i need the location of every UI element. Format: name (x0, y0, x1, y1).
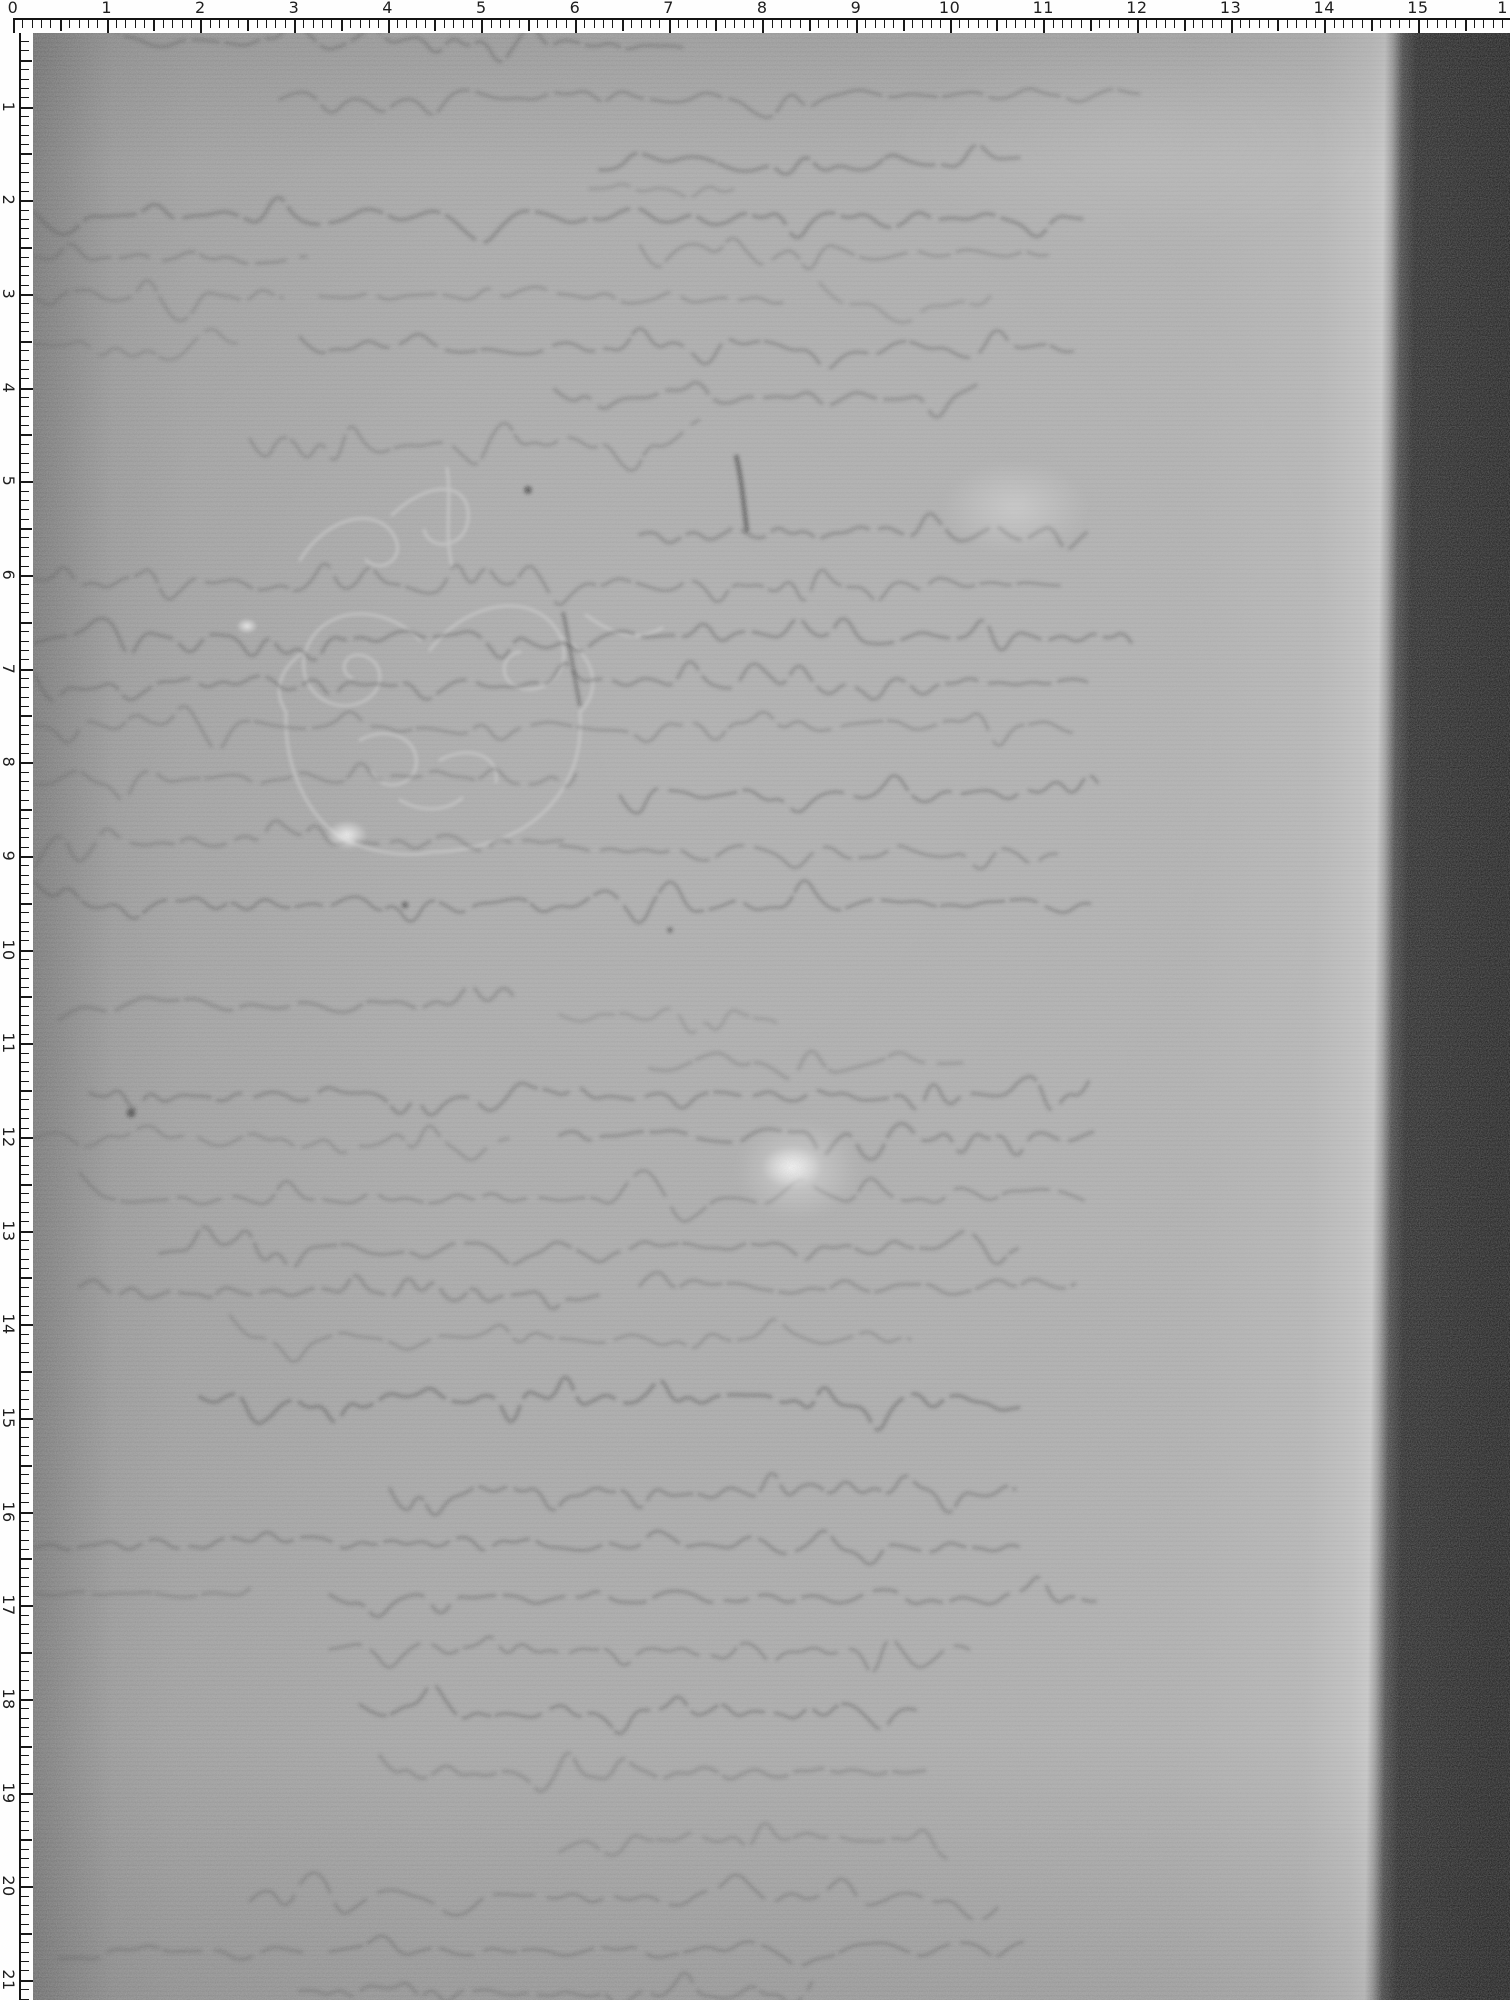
ruler-tick (1465, 20, 1467, 31)
ruler-tick (21, 987, 29, 988)
ruler-tick (21, 1952, 29, 1953)
ruler-label: 5 (0, 476, 16, 487)
ruler-tick (341, 20, 343, 31)
ruler-label: 18 (0, 1688, 16, 1709)
ruler-tick (21, 1315, 29, 1316)
ruler-tick (21, 1549, 29, 1550)
ruler-tick (566, 20, 567, 28)
ruler-tick (21, 715, 32, 717)
ruler-tick (21, 537, 29, 538)
ruler-tick (21, 1362, 29, 1363)
ruler-tick (21, 584, 29, 585)
ruler-tick (1118, 20, 1119, 28)
ruler-tick (21, 1324, 33, 1326)
ruler-tick (21, 1802, 29, 1803)
ruler-tick (21, 397, 29, 398)
ruler-label: 14 (0, 1314, 16, 1335)
ruler-tick (21, 1212, 29, 1213)
ruler-tick (21, 472, 29, 473)
ruler-tick (650, 20, 651, 28)
ruler-label: 12 (0, 1126, 16, 1147)
ruler-tick (1025, 20, 1026, 28)
ruler-tick (21, 369, 29, 370)
ruler-tick (21, 69, 29, 70)
ruler-tick (21, 1390, 29, 1391)
ruler-tick (669, 20, 671, 33)
ruler-tick (21, 453, 29, 454)
ruler-tick (21, 1643, 29, 1644)
ruler-label: 8 (0, 757, 16, 768)
scan-viewport: 123456789101112131415161718192021 012345… (0, 0, 1510, 2000)
ruler-tick (547, 20, 548, 28)
ruler-tick (21, 163, 29, 164)
ruler-tick (21, 60, 32, 62)
ruler-tick (21, 1774, 29, 1775)
ruler-tick (21, 434, 32, 436)
ruler-top-cm: 01234567891011121314151 (0, 0, 1510, 33)
ruler-tick (21, 247, 32, 249)
ruler-tick (950, 20, 952, 33)
ruler-tick (1268, 20, 1269, 28)
ruler-tick (21, 1512, 33, 1514)
ruler-tick (21, 1905, 29, 1906)
ruler-tick (537, 20, 538, 28)
ruler-tick (687, 20, 688, 28)
ruler-tick (21, 1718, 29, 1719)
ruler-tick (865, 20, 866, 28)
ruler-tick (847, 20, 848, 28)
ruler-label: 11 (1033, 0, 1054, 16)
ruler-tick (875, 20, 876, 28)
ruler-tick (1231, 20, 1233, 33)
ruler-tick (322, 20, 323, 28)
ruler-tick (21, 1296, 29, 1297)
ruler-tick (21, 1624, 29, 1625)
ruler-tick (21, 182, 29, 183)
ruler-tick (1249, 20, 1250, 28)
ruler-tick (21, 884, 29, 885)
ruler-tick (21, 125, 29, 126)
ruler-tick (1184, 20, 1186, 31)
ruler-tick (21, 1399, 29, 1400)
ruler-tick (1493, 20, 1494, 28)
ruler-tick (21, 875, 29, 876)
ruler-tick (406, 20, 407, 28)
ruler-tick (21, 1277, 32, 1279)
ruler-tick (21, 1671, 29, 1672)
ruler-tick (725, 20, 726, 28)
ruler-label: 16 (0, 1501, 16, 1522)
ruler-tick (21, 1690, 29, 1691)
ruler-tick (622, 20, 624, 31)
ruler-tick (21, 1493, 29, 1494)
ruler-tick (1221, 20, 1222, 28)
ruler-tick (1156, 20, 1157, 28)
ruler-tick (444, 20, 445, 28)
ruler-tick (1146, 20, 1147, 28)
ruler-tick (21, 41, 29, 42)
ruler-tick (1174, 20, 1175, 28)
ruler-tick (1202, 20, 1203, 28)
ruler-tick (21, 1446, 29, 1447)
ruler-tick (21, 1886, 33, 1888)
ruler-tick (21, 1877, 29, 1878)
ruler-tick (21, 425, 29, 426)
ruler-tick (21, 1418, 33, 1420)
ruler-tick (21, 1409, 29, 1410)
ruler-tick (21, 1380, 29, 1381)
ruler-tick (1474, 20, 1475, 28)
ruler-tick (21, 687, 29, 688)
manuscript-scan (33, 33, 1510, 2000)
ruler-tick (1165, 20, 1166, 28)
ruler-tick (21, 1483, 29, 1484)
ruler-tick (21, 1053, 29, 1054)
ruler-tick (21, 1558, 32, 1560)
ruler-tick (303, 20, 304, 28)
ruler-tick (509, 20, 510, 28)
ruler-tick (21, 219, 29, 220)
ruler-tick (21, 153, 32, 155)
ruler-tick (21, 257, 29, 258)
ruler-tick (21, 706, 29, 707)
ruler-tick (837, 20, 838, 28)
ruler-tick (69, 20, 70, 28)
ruler-tick (378, 20, 379, 28)
ruler-tick (21, 912, 29, 913)
ruler-tick (21, 1577, 29, 1578)
ruler-tick (21, 678, 29, 679)
ruler-tick (21, 781, 29, 782)
ruler-label: 17 (0, 1595, 16, 1616)
ruler-tick (21, 1174, 29, 1175)
ruler-tick (734, 20, 735, 28)
ruler-label: 12 (1126, 0, 1147, 16)
ruler-tick (800, 20, 801, 28)
ruler-tick (21, 847, 29, 848)
ruler-tick (144, 20, 145, 28)
ruler-tick (21, 1914, 29, 1915)
ruler-tick (21, 509, 29, 510)
ruler-tick (528, 20, 530, 31)
ruler-tick (21, 1137, 33, 1139)
ruler-tick (21, 79, 29, 80)
ruler-tick (1437, 20, 1438, 28)
ruler-tick (603, 20, 604, 28)
ruler-tick (21, 378, 29, 379)
ruler-tick (884, 20, 885, 28)
ruler-tick (21, 1202, 29, 1203)
ruler-tick (996, 20, 998, 31)
ruler-tick (21, 1849, 29, 1850)
ruler-tick (1371, 20, 1373, 31)
ruler-tick (21, 622, 32, 624)
ruler-tick (21, 1727, 29, 1728)
ruler-tick (21, 1015, 29, 1016)
ruler-tick (21, 1661, 29, 1662)
ruler-tick (809, 20, 811, 31)
ruler-tick (21, 1755, 29, 1756)
ruler-tick (491, 20, 492, 28)
ruler-label: 1 (101, 0, 112, 16)
ruler-tick (21, 1034, 29, 1035)
ruler-tick (21, 1334, 29, 1335)
ruler-tick (21, 228, 29, 229)
ruler-tick (21, 528, 32, 530)
ruler-label: 2 (0, 195, 16, 206)
ruler-tick (1034, 20, 1035, 28)
ruler-tick (21, 1071, 29, 1072)
ruler-tick (21, 1839, 32, 1841)
ruler-tick (21, 1455, 29, 1456)
ruler-tick (21, 950, 33, 952)
ruler-tick (1137, 20, 1139, 33)
ruler-tick (987, 20, 988, 28)
ruler-tick (21, 303, 29, 304)
ruler-tick (41, 20, 42, 28)
ruler-tick (21, 1961, 29, 1962)
ruler-tick (125, 20, 126, 28)
ruler-tick (21, 1099, 29, 1100)
ruler-tick (1446, 20, 1447, 28)
ruler-tick (21, 1427, 29, 1428)
ruler-tick (1418, 20, 1420, 33)
ruler-tick (21, 1793, 33, 1795)
ruler-tick (153, 20, 155, 31)
ruler-tick (350, 20, 351, 28)
ruler-tick (21, 1867, 29, 1868)
ruler-tick (762, 20, 764, 33)
ruler-tick (21, 1530, 29, 1531)
ruler-tick (210, 20, 211, 28)
ruler-tick (32, 20, 33, 28)
ruler-label: 10 (0, 939, 16, 960)
ruler-tick (1109, 20, 1110, 28)
ruler-label: 1 (1497, 0, 1508, 16)
ruler-tick (1193, 20, 1194, 28)
ruler-tick (1399, 20, 1400, 28)
ruler-tick (425, 20, 426, 28)
ruler-tick (21, 1586, 29, 1587)
ruler-label: 6 (0, 570, 16, 581)
ruler-tick (21, 172, 29, 173)
ruler-tick (21, 1652, 32, 1654)
ruler-tick (21, 1924, 29, 1925)
ruler-tick (21, 1465, 32, 1467)
ruler-tick (228, 20, 229, 28)
ruler-tick (21, 1989, 29, 1990)
ruler-label: 13 (1220, 0, 1241, 16)
ruler-tick (472, 20, 473, 28)
ruler-tick (285, 20, 286, 28)
ruler-tick (1362, 20, 1363, 28)
ruler-label: 2 (195, 0, 206, 16)
ruler-tick (21, 1708, 29, 1709)
ruler-tick (21, 322, 29, 323)
ruler-tick (21, 500, 29, 501)
ruler-tick (22, 20, 23, 28)
ruler-tick (21, 1942, 29, 1943)
ruler-tick (1343, 20, 1344, 28)
ruler-tick (1043, 20, 1045, 33)
ruler-tick (21, 1783, 29, 1784)
ruler-label: 0 (8, 0, 19, 16)
ruler-tick (903, 20, 905, 31)
ruler-tick (21, 669, 33, 671)
ruler-tick (21, 200, 33, 202)
ruler-tick (21, 744, 29, 745)
ruler-tick (1409, 20, 1410, 28)
ruler-tick (1380, 20, 1381, 28)
ruler-tick (631, 20, 632, 28)
ruler-tick (21, 893, 29, 894)
ruler-tick (21, 594, 29, 595)
ruler-tick (21, 753, 29, 754)
ruler-tick (912, 20, 913, 28)
ruler-label: 15 (0, 1407, 16, 1428)
ruler-tick (21, 1615, 29, 1616)
ruler-tick (612, 20, 613, 28)
ruler-tick (247, 20, 249, 31)
ruler-tick (21, 1596, 29, 1597)
ruler-tick (21, 903, 32, 905)
ruler-tick (21, 931, 29, 932)
ruler-tick (21, 978, 29, 979)
ruler-tick (21, 772, 29, 773)
ruler-tick (1324, 20, 1326, 33)
ruler-tick (1071, 20, 1072, 28)
ruler-tick (453, 20, 454, 28)
ruler-tick (434, 20, 436, 31)
ruler-tick (1502, 20, 1503, 28)
ruler-tick (21, 360, 29, 361)
ruler-tick (21, 1090, 32, 1092)
ruler-tick (584, 20, 585, 28)
ruler-tick (21, 107, 33, 109)
ruler-tick (1306, 20, 1307, 28)
ruler-tick (21, 800, 29, 801)
ruler-tick (21, 1811, 29, 1812)
ruler-tick (21, 463, 29, 464)
ruler-tick (21, 547, 29, 548)
ruler-tick (21, 341, 32, 343)
ruler-tick (21, 650, 29, 651)
ruler-label: 15 (1407, 0, 1428, 16)
ruler-tick (978, 20, 979, 28)
ruler-label: 11 (0, 1033, 16, 1054)
ruler-tick (21, 856, 33, 858)
ruler-tick (1334, 20, 1335, 28)
ruler-tick (21, 940, 29, 941)
ruler-tick (1315, 20, 1316, 28)
ruler-tick (21, 1128, 29, 1129)
ruler-tick (21, 1184, 32, 1186)
ruler-tick (21, 97, 29, 98)
ruler-tick (21, 566, 29, 567)
ruler-tick (21, 1980, 33, 1982)
ruler-label: 5 (476, 0, 487, 16)
ruler-tick (21, 734, 29, 735)
ruler-tick (21, 1043, 33, 1045)
ruler-tick (21, 996, 32, 998)
ruler-tick (21, 50, 29, 51)
ruler-tick (21, 1437, 29, 1438)
ruler-tick (744, 20, 745, 28)
ruler-tick (21, 1502, 29, 1503)
ruler-tick (1053, 20, 1054, 28)
ruler-tick (968, 20, 969, 28)
ruler-tick (21, 1970, 29, 1971)
ruler-tick (21, 1268, 29, 1269)
ruler-tick (21, 1240, 29, 1241)
ruler-tick (21, 1352, 29, 1353)
ruler-label: 8 (757, 0, 768, 16)
ruler-tick (21, 388, 33, 390)
ruler-tick (1062, 20, 1063, 28)
ruler-tick (369, 20, 370, 28)
ruler-tick (21, 1343, 29, 1344)
ruler-tick (21, 1830, 29, 1831)
ruler-tick (21, 444, 29, 445)
ruler-tick (21, 828, 29, 829)
ruler-tick (21, 1858, 29, 1859)
ruler-tick (641, 20, 642, 28)
ruler-tick (21, 612, 29, 613)
ruler-tick (678, 20, 679, 28)
ruler-label: 3 (0, 289, 16, 300)
ruler-label: 7 (663, 0, 674, 16)
ruler-tick (60, 20, 62, 31)
ruler-tick (416, 20, 417, 28)
ruler-tick (21, 135, 29, 136)
ruler-tick (21, 725, 29, 726)
ruler-tick (21, 809, 32, 811)
ruler-tick (1240, 20, 1241, 28)
ruler-tick (388, 20, 390, 33)
ruler-tick (893, 20, 894, 28)
ruler-tick (715, 20, 717, 31)
ruler-tick (1212, 20, 1213, 28)
ruler-tick (79, 20, 80, 28)
ruler-tick (21, 1006, 29, 1007)
ruler-tick (21, 1540, 29, 1541)
ruler-tick (21, 959, 29, 960)
ruler-label: 14 (1314, 0, 1335, 16)
ruler-label: 19 (0, 1782, 16, 1803)
ruler-tick (21, 968, 29, 969)
ruler-tick (313, 20, 314, 28)
ruler-tick (1287, 20, 1288, 28)
ruler-tick (1081, 20, 1082, 28)
ruler-tick (481, 20, 483, 33)
ruler-label: 3 (289, 0, 300, 16)
ruler-tick (21, 818, 29, 819)
ruler-tick (1277, 20, 1279, 31)
ruler-tick (21, 210, 29, 211)
ruler-tick (1006, 20, 1007, 28)
ruler-tick (266, 20, 267, 28)
ruler-tick (21, 519, 29, 520)
ruler-tick (818, 20, 819, 28)
ruler-tick (21, 641, 29, 642)
ruler-tick (107, 20, 109, 33)
ruler-tick (21, 116, 29, 117)
ruler-tick (294, 20, 296, 33)
ruler-tick (21, 285, 29, 286)
ruler-label: 6 (570, 0, 581, 16)
ruler-tick (219, 20, 220, 28)
ruler-tick (21, 762, 33, 764)
